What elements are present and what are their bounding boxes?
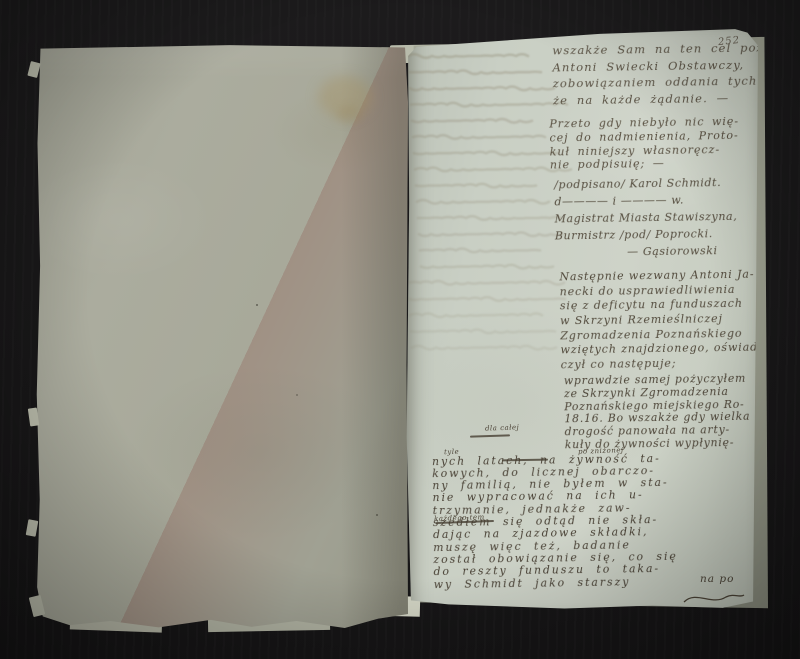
paragraph: Następnie wezwany Antoni Ja-necki do usp…: [559, 268, 756, 373]
paragraph: wszakże Sam na ten cel pożyczyłAntoni Sw…: [552, 40, 753, 109]
catchword: na po: [700, 573, 734, 585]
manuscript-line: że na każde żądanie. —: [553, 89, 753, 108]
paragraph: /podpisano/ Karol Schmidt.d———— i ———— w…: [554, 174, 755, 262]
ink-strikethrough: [470, 434, 510, 437]
inline-insertion: tyle: [444, 448, 459, 457]
paper-specks: [256, 304, 258, 306]
manuscript-scan: 252 wszakże Sam na ten cel pożyczyłAnton…: [0, 0, 800, 659]
paragraph: wprawdzie samej pożyczyłemze Skrzynki Zg…: [564, 373, 758, 452]
inline-insertion: dla całej: [485, 423, 520, 432]
manuscript-line: — Gąsiorowski: [555, 242, 755, 262]
manuscript-line: nie podpisuię; —: [550, 156, 754, 173]
left-blank-page: [36, 44, 408, 628]
manuscript-line: czył co następuje;: [561, 355, 757, 372]
inline-insertion: po zniżonej: [578, 446, 624, 456]
torn-edge-chip: [26, 519, 39, 536]
manuscript-line: wziętych znajdzionego, oświad-: [560, 341, 756, 358]
gutter-shadow: [36, 44, 408, 628]
manuscript-line: Magistrat Miasta Stawiszyna,: [555, 208, 755, 228]
manuscript-line: cej do nadmienienia, Proto-: [549, 128, 753, 145]
torn-edge-chip: [27, 61, 40, 78]
manuscript-line: się z deficytu na funduszach: [560, 297, 756, 314]
paragraph: Przeto gdy niebyło nic wię-cej do nadmie…: [549, 115, 754, 173]
paper-stain: [336, 106, 362, 124]
manuscript-text: wszakże Sam na ten cel pożyczyłAntoni Sw…: [552, 40, 760, 590]
manuscript-line: wszakże Sam na ten cel pożyczył: [552, 40, 752, 59]
right-manuscript-page: 252 wszakże Sam na ten cel pożyczyłAnton…: [406, 28, 758, 612]
